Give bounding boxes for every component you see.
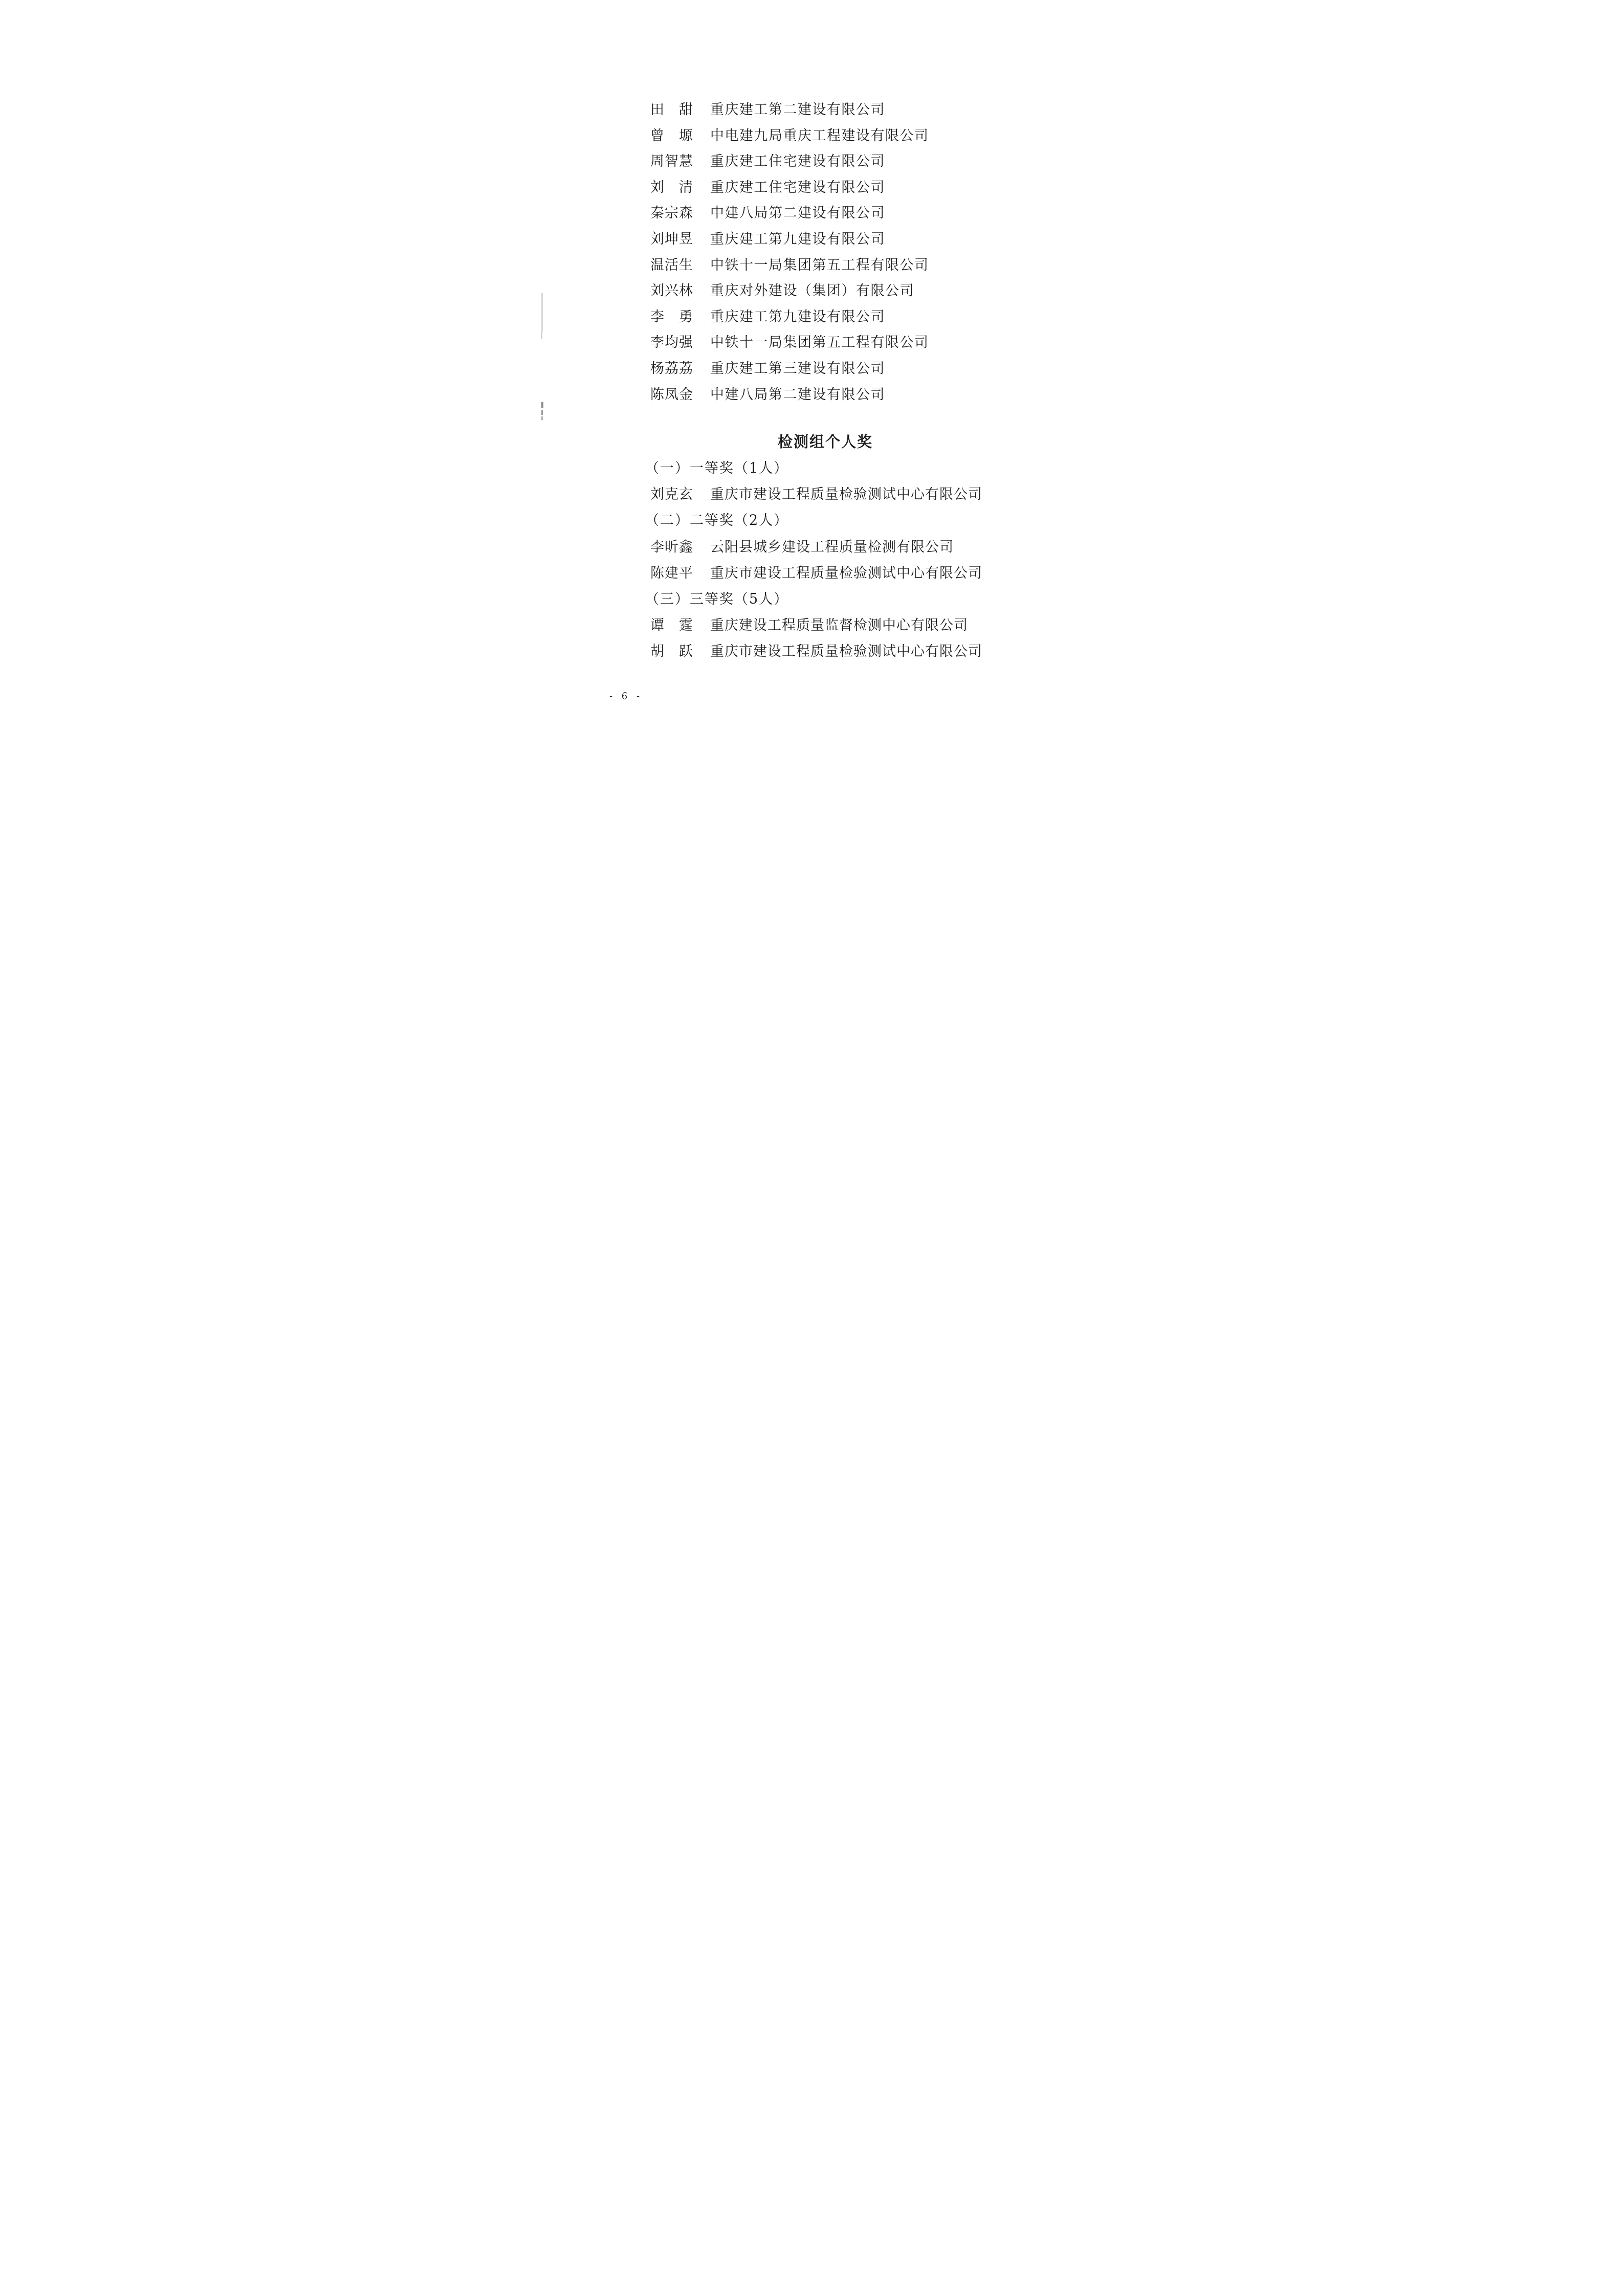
award-row: 田 甜 重庆建工第二建设有限公司 xyxy=(650,97,929,123)
award-row: 胡 跃 重庆市建设工程质量检验测试中心有限公司 xyxy=(645,638,982,665)
company-name: 重庆建工住宅建设有限公司 xyxy=(710,149,885,175)
award-row: 李昕鑫 云阳县城乡建设工程质量检测有限公司 xyxy=(645,534,982,560)
scan-artifact xyxy=(541,293,543,332)
scan-artifact xyxy=(541,410,543,415)
company-name: 重庆建工第三建设有限公司 xyxy=(710,356,885,382)
award-row: 陈凤金 中建八局第二建设有限公司 xyxy=(650,382,929,408)
award-row: 李 勇 重庆建工第九建设有限公司 xyxy=(650,304,929,330)
company-name: 云阳县城乡建设工程质量检测有限公司 xyxy=(710,534,954,560)
winner-name: 秦宗森 xyxy=(650,201,693,227)
company-name: 中建八局第二建设有限公司 xyxy=(710,382,885,408)
company-name: 重庆建工第九建设有限公司 xyxy=(710,304,885,330)
winner-name: 温活生 xyxy=(650,253,693,279)
section-heading: 检测组个人奖 xyxy=(555,431,1083,453)
prize-tier-label-second: （二）二等奖（2人） xyxy=(645,507,982,534)
company-name: 重庆建工第二建设有限公司 xyxy=(710,97,885,123)
scan-artifact xyxy=(541,416,543,420)
winner-name: 刘克玄 xyxy=(650,481,693,507)
tier-label-text: （二）二等奖（2人） xyxy=(645,507,788,534)
company-name: 重庆建工住宅建设有限公司 xyxy=(710,175,885,201)
company-name: 中建八局第二建设有限公司 xyxy=(710,201,885,227)
company-name: 重庆市建设工程质量检验测试中心有限公司 xyxy=(710,481,982,507)
company-name: 重庆市建设工程质量检验测试中心有限公司 xyxy=(710,560,982,586)
award-row: 温活生 中铁十一局集团第五工程有限公司 xyxy=(650,253,929,279)
prize-tier-label-first: （一）一等奖（1人） xyxy=(645,455,982,481)
company-name: 重庆建设工程质量监督检测中心有限公司 xyxy=(710,612,968,638)
winner-name: 陈建平 xyxy=(650,560,693,586)
company-name: 重庆对外建设（集团）有限公司 xyxy=(710,278,914,304)
winner-name: 曾 塬 xyxy=(650,123,693,149)
award-row: 秦宗森 中建八局第二建设有限公司 xyxy=(650,201,929,227)
award-row: 曾 塬 中电建九局重庆工程建设有限公司 xyxy=(650,123,929,149)
company-name: 中电建九局重庆工程建设有限公司 xyxy=(710,123,929,149)
winner-name: 陈凤金 xyxy=(650,382,693,408)
company-name: 重庆建工第九建设有限公司 xyxy=(710,227,885,253)
award-row: 刘兴林 重庆对外建设（集团）有限公司 xyxy=(650,278,929,304)
company-name: 中铁十一局集团第五工程有限公司 xyxy=(710,330,929,356)
document-page: 田 甜 重庆建工第二建设有限公司 曾 塬 中电建九局重庆工程建设有限公司 周智慧… xyxy=(541,0,1083,765)
company-name: 重庆市建设工程质量检验测试中心有限公司 xyxy=(710,638,982,665)
winner-name: 刘兴林 xyxy=(650,278,693,304)
award-winner-list: 田 甜 重庆建工第二建设有限公司 曾 塬 中电建九局重庆工程建设有限公司 周智慧… xyxy=(650,97,929,408)
award-row: 周智慧 重庆建工住宅建设有限公司 xyxy=(650,149,929,175)
winner-name: 周智慧 xyxy=(650,149,693,175)
company-name: 中铁十一局集团第五工程有限公司 xyxy=(710,253,929,279)
winner-name: 杨荔荔 xyxy=(650,356,693,382)
winner-name: 刘坤昱 xyxy=(650,227,693,253)
award-row: 杨荔荔 重庆建工第三建设有限公司 xyxy=(650,356,929,382)
award-row: 谭 霆 重庆建设工程质量监督检测中心有限公司 xyxy=(645,612,982,638)
scan-artifact xyxy=(541,402,543,408)
page-number: - 6 - xyxy=(609,691,643,702)
winner-name: 胡 跃 xyxy=(650,638,693,665)
winner-name: 田 甜 xyxy=(650,97,693,123)
winner-name: 李昕鑫 xyxy=(650,534,693,560)
award-row: 刘 清 重庆建工住宅建设有限公司 xyxy=(650,175,929,201)
scan-artifact xyxy=(541,332,542,339)
winner-name: 李均强 xyxy=(650,330,693,356)
award-row: 陈建平 重庆市建设工程质量检验测试中心有限公司 xyxy=(645,560,982,586)
award-row: 刘坤昱 重庆建工第九建设有限公司 xyxy=(650,227,929,253)
award-row: 刘克玄 重庆市建设工程质量检验测试中心有限公司 xyxy=(645,481,982,507)
winner-name: 刘 清 xyxy=(650,175,693,201)
winner-name: 谭 霆 xyxy=(650,612,693,638)
tier-label-text: （三）三等奖（5人） xyxy=(645,586,788,612)
award-row: 李均强 中铁十一局集团第五工程有限公司 xyxy=(650,330,929,356)
tier-label-text: （一）一等奖（1人） xyxy=(645,455,788,481)
prize-section: （一）一等奖（1人） 刘克玄 重庆市建设工程质量检验测试中心有限公司 （二）二等… xyxy=(645,455,982,665)
winner-name: 李 勇 xyxy=(650,304,693,330)
prize-tier-label-third: （三）三等奖（5人） xyxy=(645,586,982,612)
